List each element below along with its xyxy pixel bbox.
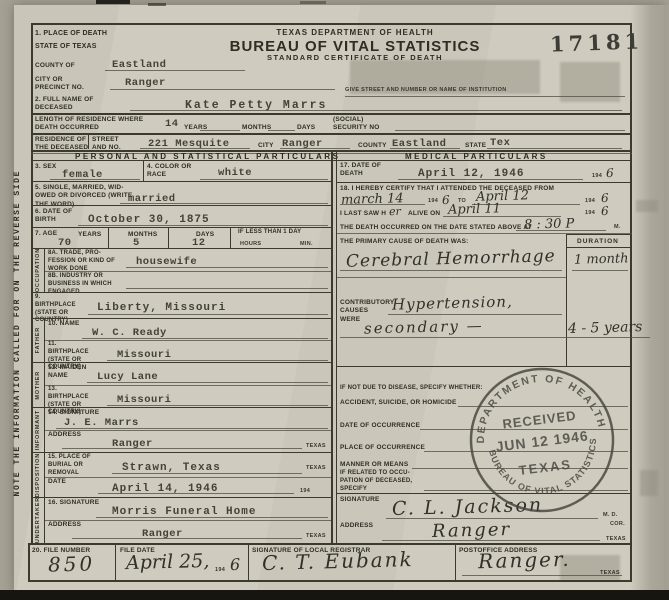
line <box>112 473 302 474</box>
line <box>130 110 622 111</box>
stamp-texas: TEXAS <box>518 457 573 478</box>
line <box>398 179 583 180</box>
ssn-label: (SOCIAL) SECURITY NO <box>333 116 393 133</box>
printed-194: 194 <box>585 198 595 204</box>
age-less-label: IF LESS THAN 1 DAY <box>238 229 328 237</box>
mother-side-label: MOTHER <box>35 371 41 400</box>
line <box>340 270 562 271</box>
line <box>516 230 606 231</box>
printed-194: 194 <box>300 488 310 494</box>
rule <box>31 248 331 249</box>
rule <box>45 271 331 272</box>
cor-label: COR. <box>610 521 625 527</box>
postoffice-value: Ranger. <box>478 547 571 573</box>
line <box>268 130 295 131</box>
death-at-label: THE DEATH OCCURRED ON THE DATE STATED AB… <box>340 224 532 232</box>
line <box>143 160 144 181</box>
m-label: M. <box>614 224 621 230</box>
burial-date-label: DATE <box>48 478 66 486</box>
father-side-tab: FATHER <box>31 319 45 362</box>
father-side-label: FATHER <box>35 327 41 353</box>
occurrence-place-label: PLACE OF OCCURRENCE <box>340 444 425 452</box>
stamp-date: JUN 12 1946 <box>495 427 590 454</box>
texas-suffix: TEXAS <box>306 465 326 471</box>
age-years-label: YEARS <box>78 231 101 239</box>
rule <box>31 181 331 182</box>
color-label: 4. COLOR OR RACE <box>147 163 192 180</box>
rule <box>31 292 331 293</box>
line <box>345 96 625 97</box>
birthplace-value: Liberty, Missouri <box>97 302 226 314</box>
file-number-value: 850 <box>48 551 96 576</box>
file-date-value: April 25, <box>126 550 210 574</box>
occupation-side-label: OCCUPATION <box>35 248 41 292</box>
line <box>487 148 622 149</box>
state-of-texas-label: STATE OF TEXAS <box>35 42 97 51</box>
line <box>107 360 328 361</box>
precinct-label: CITY OR PRECINCT NO. <box>35 76 90 93</box>
scan-artifact <box>148 3 166 6</box>
age-hours-label: HOURS <box>240 241 261 247</box>
county-label: COUNTY OF <box>35 62 75 70</box>
line <box>110 89 335 90</box>
certificate-number: 17181 <box>550 28 644 56</box>
line <box>140 148 250 149</box>
informant-side-label: INFORMANT <box>35 410 41 450</box>
line <box>88 135 89 149</box>
line <box>390 148 460 149</box>
rule <box>31 407 331 408</box>
scan-artifact <box>636 200 658 212</box>
stamp-received: RECEIVED <box>502 408 578 432</box>
mother-side-tab: MOTHER <box>31 363 45 407</box>
rule <box>31 318 331 319</box>
residence-length-label: LENGTH OF RESIDENCE WHERE DEATH OCCURRED <box>35 116 155 133</box>
trade-label: 8A. TRADE, PRO- FESSION OR KIND OF WORK … <box>48 250 118 273</box>
file-date-year-hand: 6 <box>230 555 241 574</box>
manner-label: MANNER OR MEANS <box>340 461 408 469</box>
father-name-label: 10. NAME <box>48 320 80 328</box>
disposition-side-label: DISPOSITION <box>35 453 41 497</box>
contrib-duration-value: 4 - 5 years <box>568 319 643 337</box>
residence-years-value: 14 <box>165 118 179 130</box>
lastsaw-year-hand: 6 <box>601 204 609 218</box>
rule <box>31 113 632 115</box>
line <box>395 130 625 131</box>
days-label: DAYS <box>297 124 315 132</box>
printed-194: 194 <box>592 173 602 179</box>
contrib-value2: secondary — <box>364 316 484 337</box>
rule <box>337 277 566 278</box>
informant-addr-label: ADDRESS <box>48 431 81 439</box>
disposition-side-tab: DISPOSITION <box>31 453 45 497</box>
precinct-value: Ranger <box>125 77 166 89</box>
duration-divider <box>566 234 567 367</box>
place-of-death-label: 1. PLACE OF DEATH <box>35 29 107 38</box>
accident-label: ACCIDENT, SUICIDE, OR HOMICIDE <box>340 399 457 407</box>
rule <box>45 477 331 478</box>
received-stamp: DEPARTMENT OF HEALTH BUREAU OF VITAL STA… <box>462 360 622 520</box>
line <box>62 448 302 449</box>
rule <box>31 205 331 206</box>
lastsaw-post-label: ALIVE ON <box>408 210 440 218</box>
lastsaw-pre-label: I LAST SAW H <box>340 210 386 218</box>
dept-header-line3: STANDARD CERTIFICATE OF DEATH <box>230 53 480 63</box>
physician-sig-label: SIGNATURE <box>340 496 380 504</box>
column-divider <box>336 150 337 543</box>
age-min-label: MIN. <box>300 241 313 247</box>
related-label: IF RELATED TO OCCU- PATION OF DECEASED, … <box>340 470 420 493</box>
line <box>82 338 328 339</box>
occupation-side-tab: OCCUPATION <box>31 249 45 292</box>
undertaker-side-tab: UNDERTAKER <box>31 498 45 543</box>
rule <box>45 430 331 431</box>
line <box>126 288 328 289</box>
line <box>230 227 231 248</box>
undertaker-addr-label: ADDRESS <box>48 521 81 529</box>
reverse-side-note: NOTE THE INFORMATION CALLED FOR ON THE R… <box>8 118 26 548</box>
contrib-value1: Hypertension, <box>392 292 513 313</box>
line <box>248 545 249 580</box>
fullname-label: 2. FULL NAME OF DECEASED <box>35 96 95 113</box>
years-label: YEARS <box>184 124 207 132</box>
line <box>200 130 240 131</box>
line <box>340 204 425 205</box>
cause-duration-value: 1 month <box>574 251 629 267</box>
scan-artifact <box>300 1 326 4</box>
line <box>455 545 456 580</box>
line <box>126 267 328 268</box>
line <box>120 203 328 204</box>
texas-suffix: TEXAS <box>306 533 326 539</box>
rule <box>31 133 632 135</box>
institution-note: GIVE STREET AND NUMBER OR NAME OF INSTIT… <box>345 87 507 93</box>
registrar-value: C. T. Eubank <box>262 547 414 575</box>
line <box>88 314 328 315</box>
line <box>105 70 245 71</box>
informant-side-tab: INFORMANT <box>31 408 45 452</box>
line <box>382 540 600 541</box>
printed-194: 194 <box>215 567 225 573</box>
months-label: MONTHS <box>242 124 271 132</box>
rule <box>31 227 331 228</box>
printed-194: 194 <box>585 210 595 216</box>
scan-artifact <box>640 470 658 496</box>
dod-label: 17. DATE OF DEATH <box>340 162 385 179</box>
lastsaw-er-hand: er <box>389 205 401 218</box>
rule <box>31 497 331 498</box>
column-divider <box>331 150 333 543</box>
duration-label: DURATION <box>577 238 619 246</box>
line <box>168 227 169 248</box>
physician-addr-value: Ranger <box>432 519 512 542</box>
occurrence-date-label: DATE OF OCCURRENCE <box>340 422 420 430</box>
rule <box>45 520 331 521</box>
line <box>78 225 328 226</box>
torn-right-edge <box>630 5 669 592</box>
sex-label: 3. SEX <box>35 163 56 171</box>
cause-label: THE PRIMARY CAUSE OF DEATH WAS: <box>340 238 469 246</box>
birth-label: 6. DATE OF BIRTH <box>35 208 85 225</box>
line <box>56 428 328 429</box>
line <box>115 545 116 580</box>
texas-suffix: TEXAS <box>600 570 620 576</box>
line <box>340 337 650 338</box>
physician-addr-label: ADDRESS <box>340 522 373 530</box>
texas-suffix: TEXAS <box>606 536 626 542</box>
scan-artifact <box>96 0 130 4</box>
reverse-side-note-text: NOTE THE INFORMATION CALLED FOR ON THE R… <box>13 170 22 496</box>
line <box>388 314 562 315</box>
texas-suffix: TEXAS <box>306 443 326 449</box>
line <box>50 179 140 180</box>
age-label: 7. AGE <box>35 230 57 238</box>
line <box>572 270 628 271</box>
line <box>98 493 294 494</box>
line <box>108 227 109 248</box>
line <box>280 148 350 149</box>
printed-194: 194 <box>428 198 438 204</box>
line <box>96 517 328 518</box>
mother-name-label: 12. MAIDEN NAME <box>48 364 93 381</box>
scan-bottom-band <box>0 590 669 600</box>
dod-year-hand: 6 <box>606 166 614 180</box>
color-value: white <box>218 167 252 179</box>
rule <box>337 182 632 183</box>
undertaker-sig-label: 16. SIGNATURE <box>48 499 99 507</box>
line <box>107 405 328 406</box>
death-certificate-scan: NOTE THE INFORMATION CALLED FOR ON THE R… <box>0 0 669 600</box>
burial-label: 15. PLACE OF BURIAL OR REMOVAL <box>48 454 96 477</box>
rule <box>31 452 331 453</box>
line <box>87 382 328 383</box>
line <box>72 538 302 539</box>
line <box>200 179 328 180</box>
line <box>462 575 622 576</box>
rule <box>31 362 331 363</box>
undertaker-side-label: UNDERTAKER <box>35 497 41 543</box>
